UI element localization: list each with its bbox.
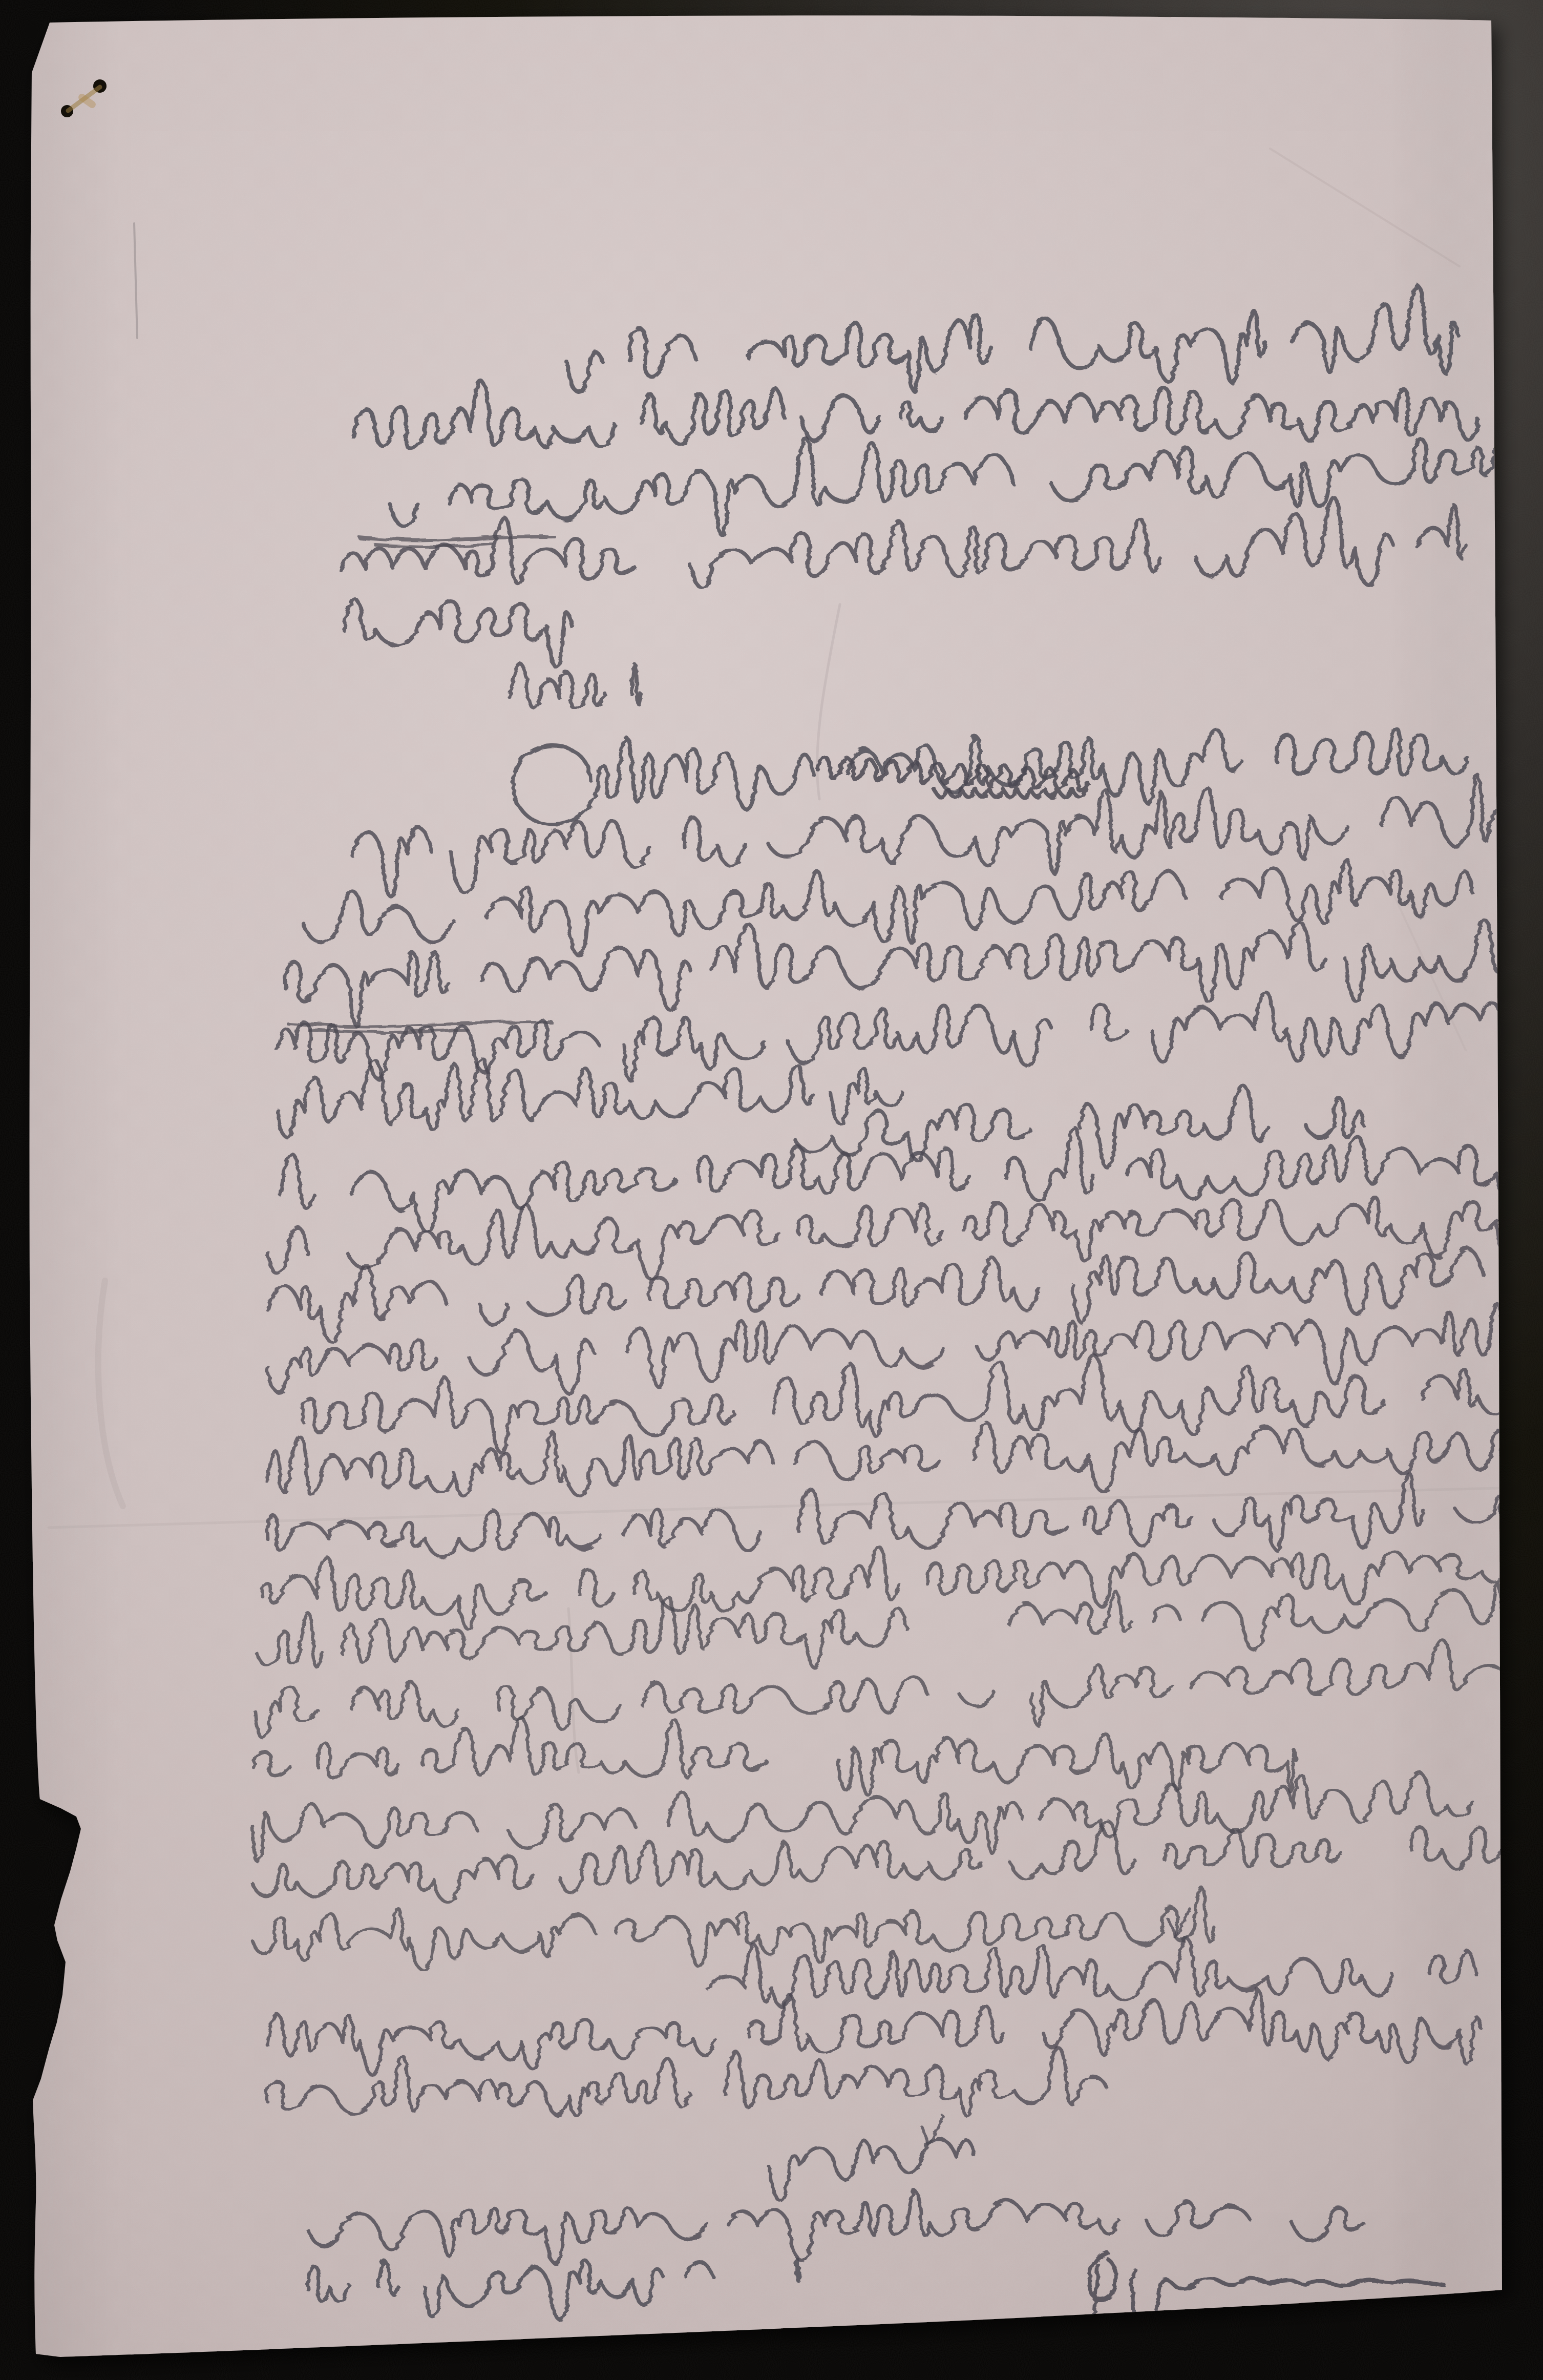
scanned-letter-photo: Scanned handwritten Malayalam letter, pe… bbox=[0, 0, 1543, 2380]
letter-scan: Scanned handwritten Malayalam letter, pe… bbox=[0, 0, 1543, 2380]
